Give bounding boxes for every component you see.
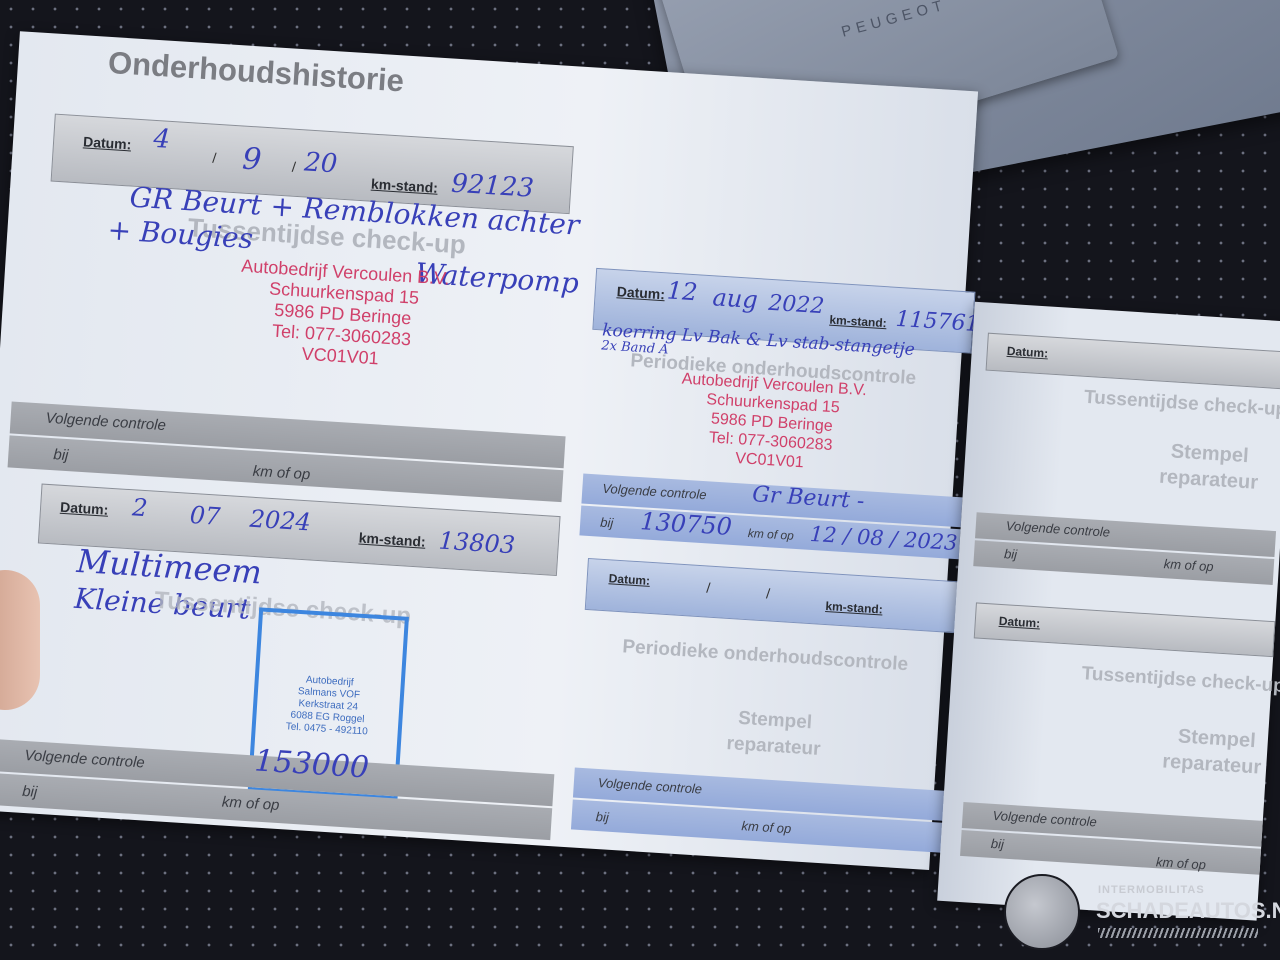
entry-3-day: 2 [131,493,148,522]
entry-1-day: 4 [153,124,171,155]
entry-6-type: Tussentijdse check-up [1081,663,1280,698]
entry-2-next-km: 130750 [640,507,733,541]
finger [0,570,40,710]
maintenance-booklet: Onderhoudshistorie Datum: 4 / 9 / 20 km-… [0,30,1280,960]
km-of-op-label: km of op [252,463,310,484]
globe-icon [1004,874,1080,950]
entry-5-type: Tussentijdse check-up [1083,387,1280,422]
booklet-left-spread: Onderhoudshistorie Datum: 4 / 9 / 20 km-… [0,31,978,870]
entry-2-day: 12 [666,276,698,306]
entry-3-year: 2024 [249,505,312,537]
tire-track-icon [1098,928,1258,938]
entry-2-km: 115761 [895,307,980,337]
entry-1-km: 92123 [450,169,534,204]
entry-2-garage-stamp: Autobedrijf Vercoulen B.V. Schuurkenspad… [654,368,890,477]
entry-4-type: Periodieke onderhoudscontrole [622,636,909,676]
entry-3-km: 13803 [438,527,516,560]
entry-2-month: aug [712,283,759,314]
entry-6: Datum: Tussentijdse check-up Stempel rep… [959,602,1275,890]
entry-3-next-text: 153000 [254,743,371,785]
watermark-small-text: INTERMOBILITAS [1098,884,1205,896]
watermark-big-text: SCHADEAUTOS.NL [1096,898,1280,924]
entry-4-header [585,558,968,634]
entry-4: Datum: / / km-stand: Periodieke onderhou… [570,558,967,861]
entry-1: Datum: 4 / 9 / 20 km-stand: 92123 Tussen… [32,114,574,506]
entry-2-year: 2022 [768,291,825,319]
schadeautos-watermark: INTERMOBILITAS SCHADEAUTOS.NL [990,870,1280,950]
entry-5: Datum: Tussentijdse check-up Stempel rep… [972,333,1280,601]
entry-2: Datum: 12 aug 2022 km-stand: 115761 koer… [579,268,976,571]
entry-3-month: 07 [189,501,221,531]
bij-label: bij [53,446,69,464]
entry-1-year: 20 [303,147,338,179]
booklet-right-page: Datum: Tussentijdse check-up Stempel rep… [937,302,1280,921]
page-title: Onderhoudshistorie [107,45,405,100]
entry-3: Datum: 2 07 2024 km-stand: 13803 Multime… [21,484,561,846]
entry-1-garage-stamp: Autobedrijf Vercoulen B.V. Schuurkenspad… [220,255,466,375]
entry-1-month: 9 [241,142,262,178]
datum-label: Datum: [83,133,132,152]
